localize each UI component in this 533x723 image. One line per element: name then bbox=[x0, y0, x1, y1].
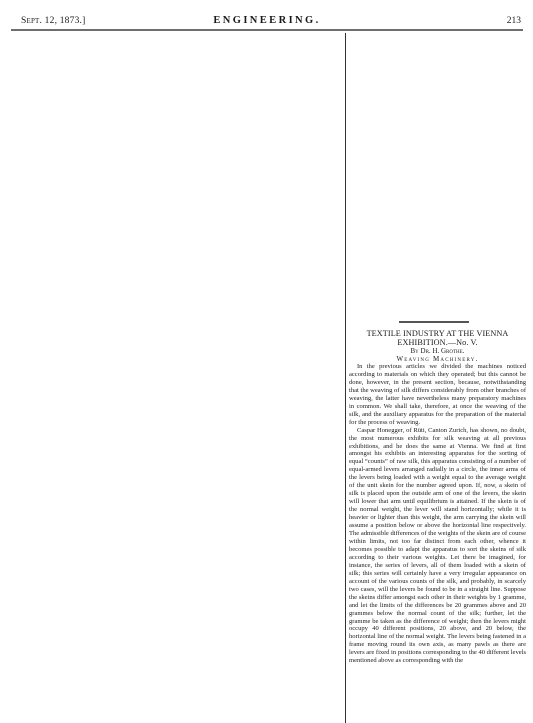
header-rule bbox=[11, 29, 523, 31]
page-number: 213 bbox=[507, 16, 521, 26]
article-paragraph: In the previous articles we divided the … bbox=[349, 363, 526, 427]
article: TEXTILE INDUSTRY AT THE VIENNA EXHIBITIO… bbox=[349, 318, 526, 665]
running-header: Sept. 12, 1873.] ENGINEERING. 213 bbox=[11, 14, 523, 30]
column-divider bbox=[345, 33, 346, 723]
article-title: TEXTILE INDUSTRY AT THE VIENNA EXHIBITIO… bbox=[349, 329, 526, 347]
article-byline: By Dr. H. Grothe. bbox=[349, 347, 526, 355]
article-paragraph: Caspar Honegger, of Rüti, Canton Zurich,… bbox=[349, 427, 526, 666]
blank-plate-area bbox=[11, 33, 341, 723]
publication-title: ENGINEERING. bbox=[11, 15, 523, 26]
section-heading: Weaving Machinery. bbox=[349, 355, 526, 363]
section-rule bbox=[399, 321, 469, 323]
